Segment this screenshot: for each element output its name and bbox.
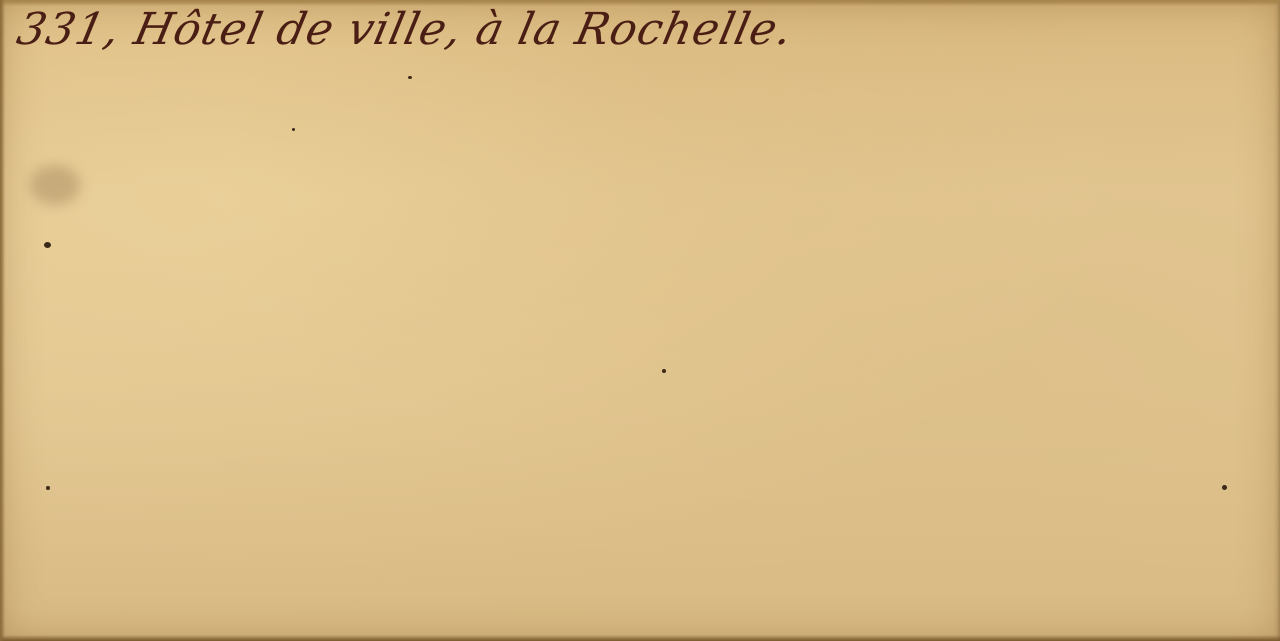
ink-spot <box>292 128 295 131</box>
handwritten-inscription: 331, Hôtel de ville, à la Rochelle. <box>13 4 798 55</box>
ink-spot <box>44 242 51 248</box>
stain <box>30 165 80 205</box>
ink-spot <box>662 369 666 373</box>
card-left-edge <box>0 0 5 641</box>
ink-spot <box>1222 485 1227 490</box>
card-bottom-edge <box>0 635 1280 641</box>
card-back: 331, Hôtel de ville, à la Rochelle. <box>0 0 1280 641</box>
ink-spot <box>408 76 412 79</box>
ink-spot <box>46 486 50 490</box>
